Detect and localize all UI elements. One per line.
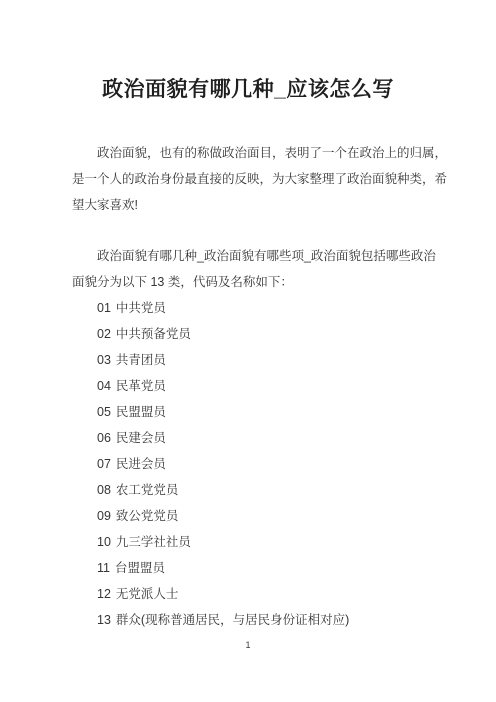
section-paragraph: 政治面貌有哪几种_政治面貌有哪些项_政治面貌包括哪些政治 面貌分为以下 13 类… (72, 243, 424, 295)
item-code: 08 (97, 483, 111, 497)
list-item: 11台盟盟员 (72, 555, 424, 581)
item-label: 共青团员 (116, 353, 166, 367)
list-item: 13群众(现称普通居民，与居民身份证相对应) (72, 607, 424, 633)
item-code: 10 (97, 535, 111, 549)
item-code: 04 (97, 379, 111, 393)
item-label: 无党派人士 (116, 587, 179, 601)
item-label: 民建会员 (116, 431, 166, 445)
item-code: 09 (97, 509, 111, 523)
list-item: 01中共党员 (72, 295, 424, 321)
item-label: 九三学社社员 (116, 535, 191, 549)
item-label: 台盟盟员 (115, 561, 165, 575)
paragraph-line: 政治面貌，也有的称做政治面目，表明了一个在政治上的归属， (72, 140, 424, 166)
document-page: 政治面貌有哪几种_应该怎么写 政治面貌，也有的称做政治面目，表明了一个在政治上的… (0, 0, 496, 702)
item-label: 民进会员 (116, 457, 166, 471)
item-code: 06 (97, 431, 111, 445)
list-item: 10九三学社社员 (72, 529, 424, 555)
paragraph-line: 是一个人的政治身份最直接的反映，为大家整理了政治面貌种类，希 (72, 166, 424, 192)
item-code: 05 (97, 405, 111, 419)
list-item: 03共青团员 (72, 347, 424, 373)
item-code: 13 (97, 613, 111, 627)
list-item: 06民建会员 (72, 425, 424, 451)
item-code: 11 (97, 561, 110, 575)
paragraph-line: 望大家喜欢! (72, 192, 424, 218)
item-label: 中共预备党员 (116, 327, 191, 341)
item-label: 中共党员 (116, 301, 166, 315)
paragraph-line: 面貌分为以下 13 类，代码及名称如下： (72, 269, 424, 295)
list-item: 07民进会员 (72, 451, 424, 477)
document-body: 政治面貌，也有的称做政治面目，表明了一个在政治上的归属， 是一个人的政治身份最直… (72, 140, 424, 633)
item-label: 致公党党员 (116, 509, 179, 523)
item-label: 民革党员 (116, 379, 166, 393)
item-label: 群众(现称普通居民，与居民身份证相对应) (116, 613, 349, 627)
item-code: 12 (97, 587, 111, 601)
intro-paragraph: 政治面貌，也有的称做政治面目，表明了一个在政治上的归属， 是一个人的政治身份最直… (72, 140, 424, 218)
page-number: 1 (0, 639, 496, 651)
list-item: 09致公党党员 (72, 503, 424, 529)
item-code: 07 (97, 457, 111, 471)
list-item: 08农工党党员 (72, 477, 424, 503)
paragraph-line: 政治面貌有哪几种_政治面貌有哪些项_政治面貌包括哪些政治 (72, 243, 424, 269)
item-label: 民盟盟员 (116, 405, 166, 419)
list-item: 12无党派人士 (72, 581, 424, 607)
item-code: 03 (97, 353, 111, 367)
document-title: 政治面貌有哪几种_应该怎么写 (0, 14, 496, 106)
item-code: 02 (97, 327, 111, 341)
list-item: 05民盟盟员 (72, 399, 424, 425)
item-label: 农工党党员 (116, 483, 179, 497)
political-status-list: 01中共党员 02中共预备党员 03共青团员 04民革党员 05民盟盟员 06民… (72, 295, 424, 633)
item-code: 01 (97, 301, 111, 315)
list-item: 02中共预备党员 (72, 321, 424, 347)
list-item: 04民革党员 (72, 373, 424, 399)
